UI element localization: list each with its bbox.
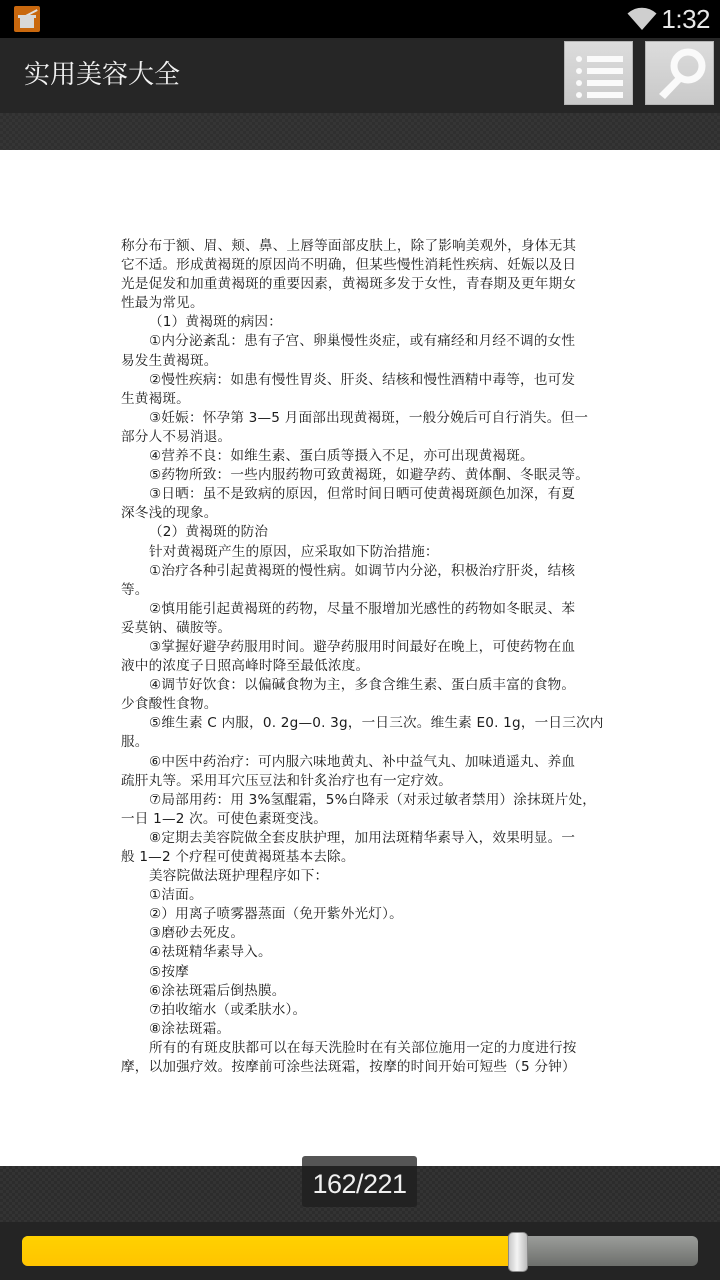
slider-fill: [22, 1236, 518, 1266]
search-button[interactable]: [645, 41, 714, 105]
app-title: 实用美容大全: [24, 58, 180, 92]
page-indicator-label: 162/221: [302, 1166, 417, 1202]
status-time: 1:32: [661, 4, 710, 34]
page-text: 称分布于额、眉、颊、鼻、上唇等面部皮肤上，除了影响美观外，身体无其它不适。形成黄…: [121, 237, 601, 1077]
header-texture-strip: [0, 113, 720, 150]
list-icon: [565, 42, 634, 106]
text-line: 光是促发和加重黄褐斑的重要因素，黄褐斑多发于女性，青春期及更年期女: [121, 275, 601, 294]
text-line: ③妊娠：怀孕第 3—5 月面部出现黄褐斑，一般分娩后可自行消失。但一: [121, 409, 601, 428]
text-line: ⑤维生素 C 内服，0. 2g—0. 3g，一日三次。维生素 E0. 1g，一日…: [121, 714, 601, 733]
text-line: 妥莫钠、磺胺等。: [121, 619, 601, 638]
text-line: ④营养不良：如维生素、蛋白质等摄入不足，亦可出现黄褐斑。: [121, 447, 601, 466]
text-line: 疏肝丸等。采用耳穴压豆法和针炙治疗也有一定疗效。: [121, 772, 601, 791]
text-line: 称分布于额、眉、颊、鼻、上唇等面部皮肤上，除了影响美观外，身体无其: [121, 237, 601, 256]
text-line: 所有的有斑皮肤都可以在每天洗脸时在有关部位施用一定的力度进行按: [121, 1039, 601, 1058]
table-of-contents-button[interactable]: [564, 41, 633, 105]
text-line: ⑦拍收缩水（或柔肤水）。: [121, 1001, 601, 1020]
text-line: 生黄褐斑。: [121, 390, 601, 409]
cooking-pot-icon: [14, 6, 40, 32]
status-bar: 1:32: [0, 0, 720, 38]
text-line: ①洁面。: [121, 886, 601, 905]
text-line: 性最为常见。: [121, 294, 601, 313]
text-line: 少食酸性食物。: [121, 695, 601, 714]
text-line: 部分人不易消退。: [121, 428, 601, 447]
text-line: 针对黄褐斑产生的原因，应采取如下防治措施：: [121, 543, 601, 562]
wifi-icon: [627, 7, 657, 31]
text-line: ②慎用能引起黄褐斑的药物，尽量不服增加光感性的药物如冬眠灵、苯: [121, 600, 601, 619]
text-line: ②慢性疾病：如患有慢性胃炎、肝炎、结核和慢性酒精中毒等，也可发: [121, 371, 601, 390]
slider-thumb[interactable]: [508, 1232, 528, 1272]
text-line: （2）黄褐斑的防治: [121, 523, 601, 542]
text-line: ⑥中医中药治疗：可内服六味地黄丸、补中益气丸、加味逍遥丸、养血: [121, 753, 601, 772]
text-line: 它不适。形成黄褐斑的原因尚不明确，但某些慢性消耗性疾病、妊娠以及日: [121, 256, 601, 275]
page-progress-slider[interactable]: [22, 1236, 698, 1266]
text-line: ①治疗各种引起黄褐斑的慢性病。如调节内分泌，积极治疗肝炎，结核: [121, 562, 601, 581]
text-line: ⑧定期去美容院做全套皮肤护理，加用法斑精华素导入，效果明显。一: [121, 829, 601, 848]
text-line: ③磨砂去死皮。: [121, 924, 601, 943]
text-line: ⑧涂祛斑霜。: [121, 1020, 601, 1039]
text-line: ④祛斑精华素导入。: [121, 943, 601, 962]
text-line: ⑤按摩: [121, 963, 601, 982]
text-line: ⑥涂祛斑霜后倒热膜。: [121, 982, 601, 1001]
text-line: 一日 1—2 次。可使色素斑变浅。: [121, 810, 601, 829]
book-page[interactable]: 称分布于额、眉、颊、鼻、上唇等面部皮肤上，除了影响美观外，身体无其它不适。形成黄…: [0, 150, 720, 1166]
text-line: ③掌握好避孕药服用时间。避孕药服用时间最好在晚上，可使药物在血: [121, 638, 601, 657]
search-icon: [646, 42, 715, 106]
text-line: ①内分泌紊乱：患有子宫、卵巢慢性炎症，或有痛经和月经不调的女性: [121, 332, 601, 351]
text-line: ⑤药物所致：一些内服药物可致黄褐斑，如避孕药、黄体酮、冬眠灵等。: [121, 466, 601, 485]
text-line: （1）黄褐斑的病因：: [121, 313, 601, 332]
text-line: 摩，以加强疗效。按摩前可涂些法斑霜，按摩的时间开始可短些（5 分钟）: [121, 1058, 601, 1077]
text-line: 般 1—2 个疗程可使黄褐斑基本去除。: [121, 848, 601, 867]
text-line: 服。: [121, 733, 601, 752]
text-line: ②）用离子喷雾器蒸面（免开紫外光灯）。: [121, 905, 601, 924]
text-line: 液中的浓度子日照高峰时降至最低浓度。: [121, 657, 601, 676]
text-line: 易发生黄褐斑。: [121, 352, 601, 371]
text-line: ④调节好饮食：以偏碱食物为主，多食含维生素、蛋白质丰富的食物。: [121, 676, 601, 695]
text-line: ③日晒：虽不是致病的原因，但常时间日晒可使黄褐斑颜色加深，有夏: [121, 485, 601, 504]
page-indicator: 162/221: [302, 1156, 417, 1207]
action-bar: 实用美容大全: [0, 38, 720, 113]
text-line: 等。: [121, 581, 601, 600]
text-line: 深冬浅的现象。: [121, 504, 601, 523]
text-line: ⑦局部用药：用 3%氢醌霜，5%白降汞（对汞过敏者禁用）涂抹斑片处，: [121, 791, 601, 810]
text-line: 美容院做法斑护理程序如下：: [121, 867, 601, 886]
